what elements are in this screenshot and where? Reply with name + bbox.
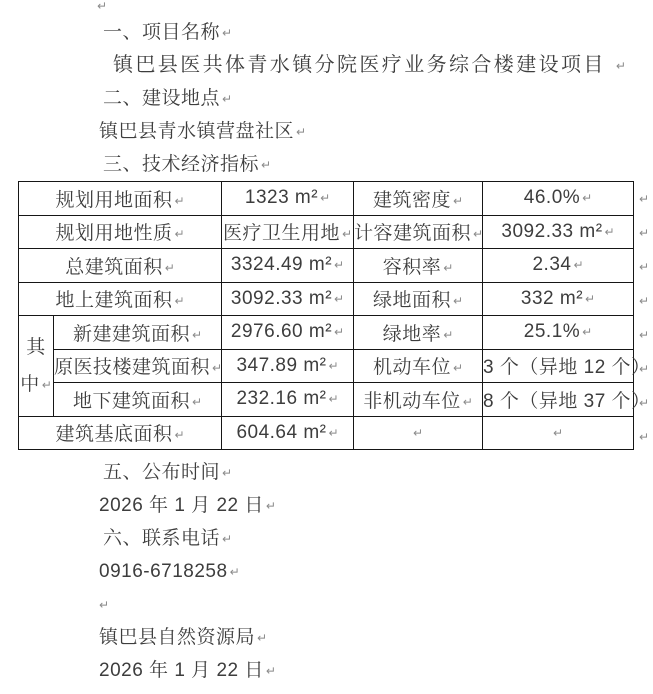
cell-text: 8 个（异地 37 个）	[483, 391, 651, 412]
cell-label: 计容建筑面积↵	[354, 215, 483, 249]
row-end-mark-icon: ↵	[639, 396, 650, 410]
paragraph-mark-icon: ↵	[266, 664, 276, 678]
heading-text: 六、联系电话	[103, 528, 220, 549]
cell-text: 1323 m²	[245, 187, 318, 208]
paragraph-mark-icon: ↵	[463, 395, 473, 409]
cell-label: 规划用地面积↵	[19, 182, 222, 216]
cell-text: 3324.49 m²	[231, 254, 332, 275]
row-end-mark-icon: ↵	[639, 294, 650, 308]
location-text: 镇巴县青水镇营盘社区	[99, 121, 294, 142]
paragraph-mark-icon: ↵	[222, 92, 232, 106]
row-end-mark-icon: ↵	[639, 260, 650, 274]
paragraph-mark-icon: ↵	[473, 227, 483, 241]
cell-text: 绿地面积	[373, 290, 451, 311]
table-row: 原医技楼建筑面积↵ 347.89 m²↵ 机动车位↵ 3 个（异地 12 个）↵	[19, 349, 634, 383]
cell-text: 604.64 m²	[236, 422, 326, 443]
row-end-mark-icon: ↵	[639, 328, 650, 342]
cell-text: 新建建筑面积	[73, 324, 190, 345]
cell-group-qizhong: 其 中↵	[19, 316, 54, 417]
paragraph-mark-icon: ↵	[334, 258, 344, 272]
cell-text: 46.0%	[524, 187, 580, 208]
cell-text: 规划用地性质	[55, 223, 172, 244]
cell-text: 3 个（异地 12 个）	[483, 357, 651, 378]
paragraph-mark-icon: ↵	[174, 294, 184, 308]
paragraph-mark-icon: ↵	[212, 361, 222, 375]
section-heading-location: 二、建设地点↵	[0, 82, 653, 115]
paragraph-mark-icon: ↵	[99, 598, 109, 612]
heading-text: 二、建设地点	[103, 88, 220, 109]
paragraph-mark-icon: ↵	[553, 426, 563, 440]
row-end-mark-icon: ↵	[639, 226, 650, 240]
paragraph-mark-icon: ↵	[443, 261, 453, 275]
cell-label: 建筑密度↵	[354, 182, 483, 216]
table-row: 规划用地面积↵ 1323 m²↵ 建筑密度↵ 46.0%↵	[19, 182, 634, 216]
sign-date-paragraph: 2026 年 1 月 22 日↵	[0, 654, 653, 687]
paragraph-mark-icon: ↵	[192, 395, 202, 409]
group-char: 中	[20, 374, 40, 395]
cell-value: 232.16 m²↵	[222, 383, 354, 417]
heading-text: 五、公布时间	[103, 462, 220, 483]
cell-value: 医疗卫生用地↵	[222, 215, 354, 249]
cell-label: 绿地率↵	[354, 316, 483, 350]
table-row: 规划用地性质↵ 医疗卫生用地↵ 计容建筑面积↵ 3092.33 m²↵	[19, 215, 634, 249]
heading-text: 一、项目名称	[103, 22, 220, 43]
cell-text: 绿地率	[383, 324, 442, 345]
paragraph-mark-icon: ↵	[222, 532, 232, 546]
cell-value: 3092.33 m²↵	[483, 215, 634, 249]
paragraph-mark-icon: ↵	[174, 428, 184, 442]
paragraph-mark-icon: ↵	[453, 361, 463, 375]
cell-text: 原医技楼建筑面积	[54, 357, 210, 378]
paragraph-mark-icon: ↵	[329, 359, 339, 373]
cell-text: 地上建筑面积	[55, 290, 172, 311]
cell-label: 规划用地性质↵	[19, 215, 222, 249]
cell-label: 绿地面积↵	[354, 282, 483, 316]
heading-text: 三、技术经济指标	[103, 154, 259, 175]
paragraph-mark-icon: ↵	[222, 26, 232, 40]
cell-label: 地上建筑面积↵	[19, 282, 222, 316]
cell-value: 3092.33 m²↵	[222, 282, 354, 316]
cell-value: 46.0%↵	[483, 182, 634, 216]
cell-text: 347.89 m²	[236, 355, 326, 376]
section-heading-publish-time: 五、公布时间↵	[0, 456, 653, 489]
row-end-mark-icon: ↵	[639, 430, 650, 444]
table-row: 地下建筑面积↵ 232.16 m²↵ 非机动车位↵ 8 个（异地 37 个）↵	[19, 383, 634, 417]
document-page: ↵ 一、项目名称↵ 镇巴县医共体青水镇分院医疗业务综合楼建设项目↵ 二、建设地点…	[0, 0, 653, 694]
paragraph-mark-icon: ↵	[334, 325, 344, 339]
paragraph-mark-icon: ↵	[230, 565, 240, 579]
cell-text: 232.16 m²	[236, 388, 326, 409]
paragraph-mark-icon: ↵	[329, 392, 339, 406]
cell-text: 总建筑面积	[65, 257, 163, 278]
cell-value: 604.64 m²↵	[222, 416, 354, 450]
cell-text: 建筑基底面积	[55, 424, 172, 445]
project-name-text: 镇巴县医共体青水镇分院医疗业务综合楼建设项目	[113, 54, 606, 76]
section-heading-contact: 六、联系电话↵	[0, 522, 653, 555]
paragraph-mark-icon: ↵	[257, 631, 267, 645]
cell-text: 2976.60 m²	[231, 321, 332, 342]
group-char: 其	[19, 329, 53, 366]
table-row: 其 中↵ 新建建筑面积↵ 2976.60 m²↵ 绿地率↵ 25.1%↵	[19, 316, 634, 350]
cell-label: 机动车位↵	[354, 349, 483, 383]
paragraph-mark-icon: ↵	[174, 227, 184, 241]
cell-value: 2976.60 m²↵	[222, 316, 354, 350]
paragraph-mark-icon: ↵	[616, 59, 626, 73]
paragraph-mark-icon: ↵	[342, 227, 352, 241]
cell-label: 建筑基底面积↵	[19, 416, 222, 450]
paragraph-mark-icon: ↵	[42, 378, 52, 392]
project-name-paragraph: 镇巴县医共体青水镇分院医疗业务综合楼建设项目↵	[0, 49, 653, 82]
section-heading-project-name: 一、项目名称↵	[0, 16, 653, 49]
row-end-mark-icon: ↵	[639, 362, 650, 376]
cell-text: 地下建筑面积	[73, 391, 190, 412]
cell-value: 2.34↵	[483, 249, 634, 283]
paragraph-mark-icon: ↵	[174, 194, 184, 208]
empty-paragraph: ↵	[0, 0, 653, 16]
indicators-table-wrapper: 规划用地面积↵ 1323 m²↵ 建筑密度↵ 46.0%↵ 规划用地性质↵ 医疗…	[18, 181, 653, 450]
paragraph-mark-icon: ↵	[329, 426, 339, 440]
cell-label: 容积率↵	[354, 249, 483, 283]
cell-text: 332 m²	[521, 288, 583, 309]
publish-date-text: 2026 年 1 月 22 日	[99, 495, 264, 516]
paragraph-mark-icon: ↵	[605, 225, 615, 239]
paragraph-mark-icon: ↵	[585, 292, 595, 306]
cell-text: 建筑密度	[373, 190, 451, 211]
paragraph-mark-icon: ↵	[261, 158, 271, 172]
cell-text: 25.1%	[524, 321, 580, 342]
paragraph-mark-icon: ↵	[453, 294, 463, 308]
paragraph-mark-icon: ↵	[97, 0, 107, 13]
cell-value: 3324.49 m²↵	[222, 249, 354, 283]
indicators-table: 规划用地面积↵ 1323 m²↵ 建筑密度↵ 46.0%↵ 规划用地性质↵ 医疗…	[18, 181, 634, 450]
paragraph-mark-icon: ↵	[165, 261, 175, 275]
cell-value: 347.89 m²↵	[222, 349, 354, 383]
table-row: 总建筑面积↵ 3324.49 m²↵ 容积率↵ 2.34↵	[19, 249, 634, 283]
paragraph-mark-icon: ↵	[192, 328, 202, 342]
cell-label: 非机动车位↵	[354, 383, 483, 417]
phone-text: 0916-6718258	[99, 561, 228, 582]
paragraph-mark-icon: ↵	[334, 292, 344, 306]
cell-text: 容积率	[383, 257, 442, 278]
cell-text: 2.34	[532, 254, 571, 275]
paragraph-mark-icon: ↵	[222, 466, 232, 480]
paragraph-mark-icon: ↵	[453, 194, 463, 208]
cell-text: 非机动车位	[363, 391, 461, 412]
section-heading-indicators: 三、技术经济指标↵	[0, 148, 653, 181]
location-paragraph: 镇巴县青水镇营盘社区↵	[0, 115, 653, 148]
cell-value: 25.1%↵	[483, 316, 634, 350]
paragraph-mark-icon: ↵	[573, 258, 583, 272]
table-row: 地上建筑面积↵ 3092.33 m²↵ 绿地面积↵ 332 m²↵	[19, 282, 634, 316]
cell-empty: ↵	[483, 416, 634, 450]
publish-date-paragraph: 2026 年 1 月 22 日↵	[0, 489, 653, 522]
paragraph-mark-icon: ↵	[320, 191, 330, 205]
paragraph-mark-icon: ↵	[413, 426, 423, 440]
cell-label: 地下建筑面积↵	[54, 383, 222, 417]
agency-paragraph: 镇巴县自然资源局↵	[0, 621, 653, 654]
agency-text: 镇巴县自然资源局	[99, 627, 255, 648]
cell-value: 332 m²↵	[483, 282, 634, 316]
cell-label: 新建建筑面积↵	[54, 316, 222, 350]
table-row: 建筑基底面积↵ 604.64 m²↵ ↵ ↵	[19, 416, 634, 450]
paragraph-mark-icon: ↵	[582, 325, 592, 339]
cell-label: 总建筑面积↵	[19, 249, 222, 283]
cell-value: 3 个（异地 12 个）↵	[483, 349, 634, 383]
cell-label: 原医技楼建筑面积↵	[54, 349, 222, 383]
row-end-mark-icon: ↵	[639, 192, 650, 206]
cell-empty: ↵	[354, 416, 483, 450]
sign-date-text: 2026 年 1 月 22 日	[99, 660, 264, 681]
empty-paragraph: ↵	[0, 588, 653, 621]
cell-text: 3092.33 m²	[231, 288, 332, 309]
paragraph-mark-icon: ↵	[582, 191, 592, 205]
cell-value: 1323 m²↵	[222, 182, 354, 216]
cell-text: 3092.33 m²	[501, 221, 602, 242]
cell-text: 机动车位	[373, 357, 451, 378]
cell-text: 计容建筑面积	[354, 223, 471, 244]
paragraph-mark-icon: ↵	[443, 328, 453, 342]
cell-value: 8 个（异地 37 个）↵	[483, 383, 634, 417]
paragraph-mark-icon: ↵	[296, 125, 306, 139]
paragraph-mark-icon: ↵	[266, 499, 276, 513]
phone-paragraph: 0916-6718258↵	[0, 555, 653, 588]
cell-text: 规划用地面积	[55, 190, 172, 211]
cell-text: 医疗卫生用地	[223, 223, 340, 244]
